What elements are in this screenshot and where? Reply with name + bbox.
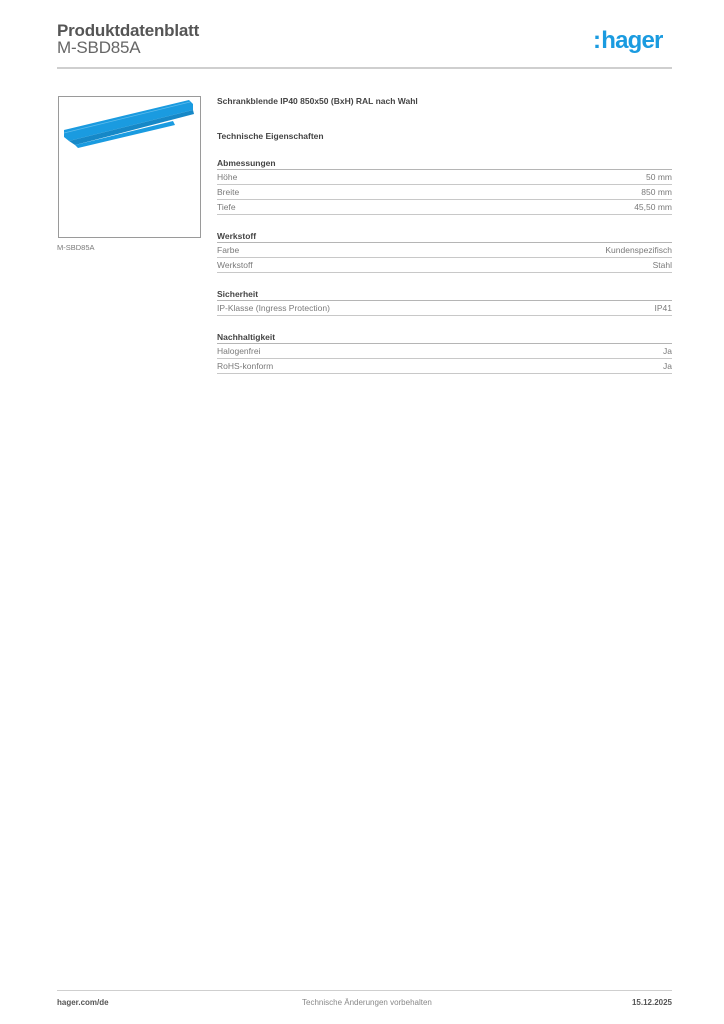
property-row: Höhe50 mm	[217, 170, 672, 185]
property-label: RoHS-konform	[217, 360, 273, 373]
property-label: Farbe	[217, 244, 239, 257]
cover-panel-image	[59, 97, 201, 238]
logo-text: hager	[601, 27, 662, 54]
property-row: Breite850 mm	[217, 185, 672, 200]
product-details: Schrankblende IP40 850x50 (BxH) RAL nach…	[217, 96, 672, 374]
property-label: Tiefe	[217, 201, 236, 214]
section-sicherheit: SicherheitIP-Klasse (Ingress Protection)…	[217, 289, 672, 316]
section-nachhaltigkeit: NachhaltigkeitHalogenfreiJaRoHS-konformJ…	[217, 332, 672, 374]
property-label: Werkstoff	[217, 259, 253, 272]
property-value: Stahl	[653, 259, 672, 272]
footer-website-link[interactable]: hager.com/de	[57, 998, 109, 1007]
footer-disclaimer: Technische Änderungen vorbehalten	[302, 998, 432, 1007]
section-title: Werkstoff	[217, 231, 672, 243]
image-caption: M-SBD85A	[57, 243, 95, 252]
product-description: Schrankblende IP40 850x50 (BxH) RAL nach…	[217, 96, 672, 106]
property-value: 850 mm	[641, 186, 672, 199]
property-value: IP41	[655, 302, 673, 315]
section-title: Sicherheit	[217, 289, 672, 301]
property-row: Tiefe45,50 mm	[217, 200, 672, 215]
footer-date: 15.12.2025	[632, 998, 672, 1007]
property-label: Höhe	[217, 171, 237, 184]
section-title: Nachhaltigkeit	[217, 332, 672, 344]
property-row: WerkstoffStahl	[217, 258, 672, 273]
product-image	[58, 96, 201, 238]
property-value: 50 mm	[646, 171, 672, 184]
logo-colon-icon: :	[593, 27, 600, 54]
property-label: Halogenfrei	[217, 345, 260, 358]
property-row: RoHS-konformJa	[217, 359, 672, 374]
article-number: M-SBD85A	[57, 38, 140, 58]
property-value: Ja	[663, 345, 672, 358]
property-value: 45,50 mm	[634, 201, 672, 214]
property-label: Breite	[217, 186, 239, 199]
property-row: IP-Klasse (Ingress Protection)IP41	[217, 301, 672, 316]
property-row: FarbeKundenspezifisch	[217, 243, 672, 258]
footer-divider	[57, 990, 672, 991]
property-value: Kundenspezifisch	[605, 244, 672, 257]
section-werkstoff: WerkstoffFarbeKundenspezifischWerkstoffS…	[217, 231, 672, 273]
hager-logo: :hager	[593, 28, 663, 54]
technical-properties-title: Technische Eigenschaften	[217, 131, 672, 141]
property-row: HalogenfreiJa	[217, 344, 672, 359]
section-title: Abmessungen	[217, 158, 672, 170]
property-label: IP-Klasse (Ingress Protection)	[217, 302, 330, 315]
property-value: Ja	[663, 360, 672, 373]
technical-sections: AbmessungenHöhe50 mmBreite850 mmTiefe45,…	[217, 158, 672, 374]
header-divider	[57, 67, 672, 69]
section-abmessungen: AbmessungenHöhe50 mmBreite850 mmTiefe45,…	[217, 158, 672, 215]
